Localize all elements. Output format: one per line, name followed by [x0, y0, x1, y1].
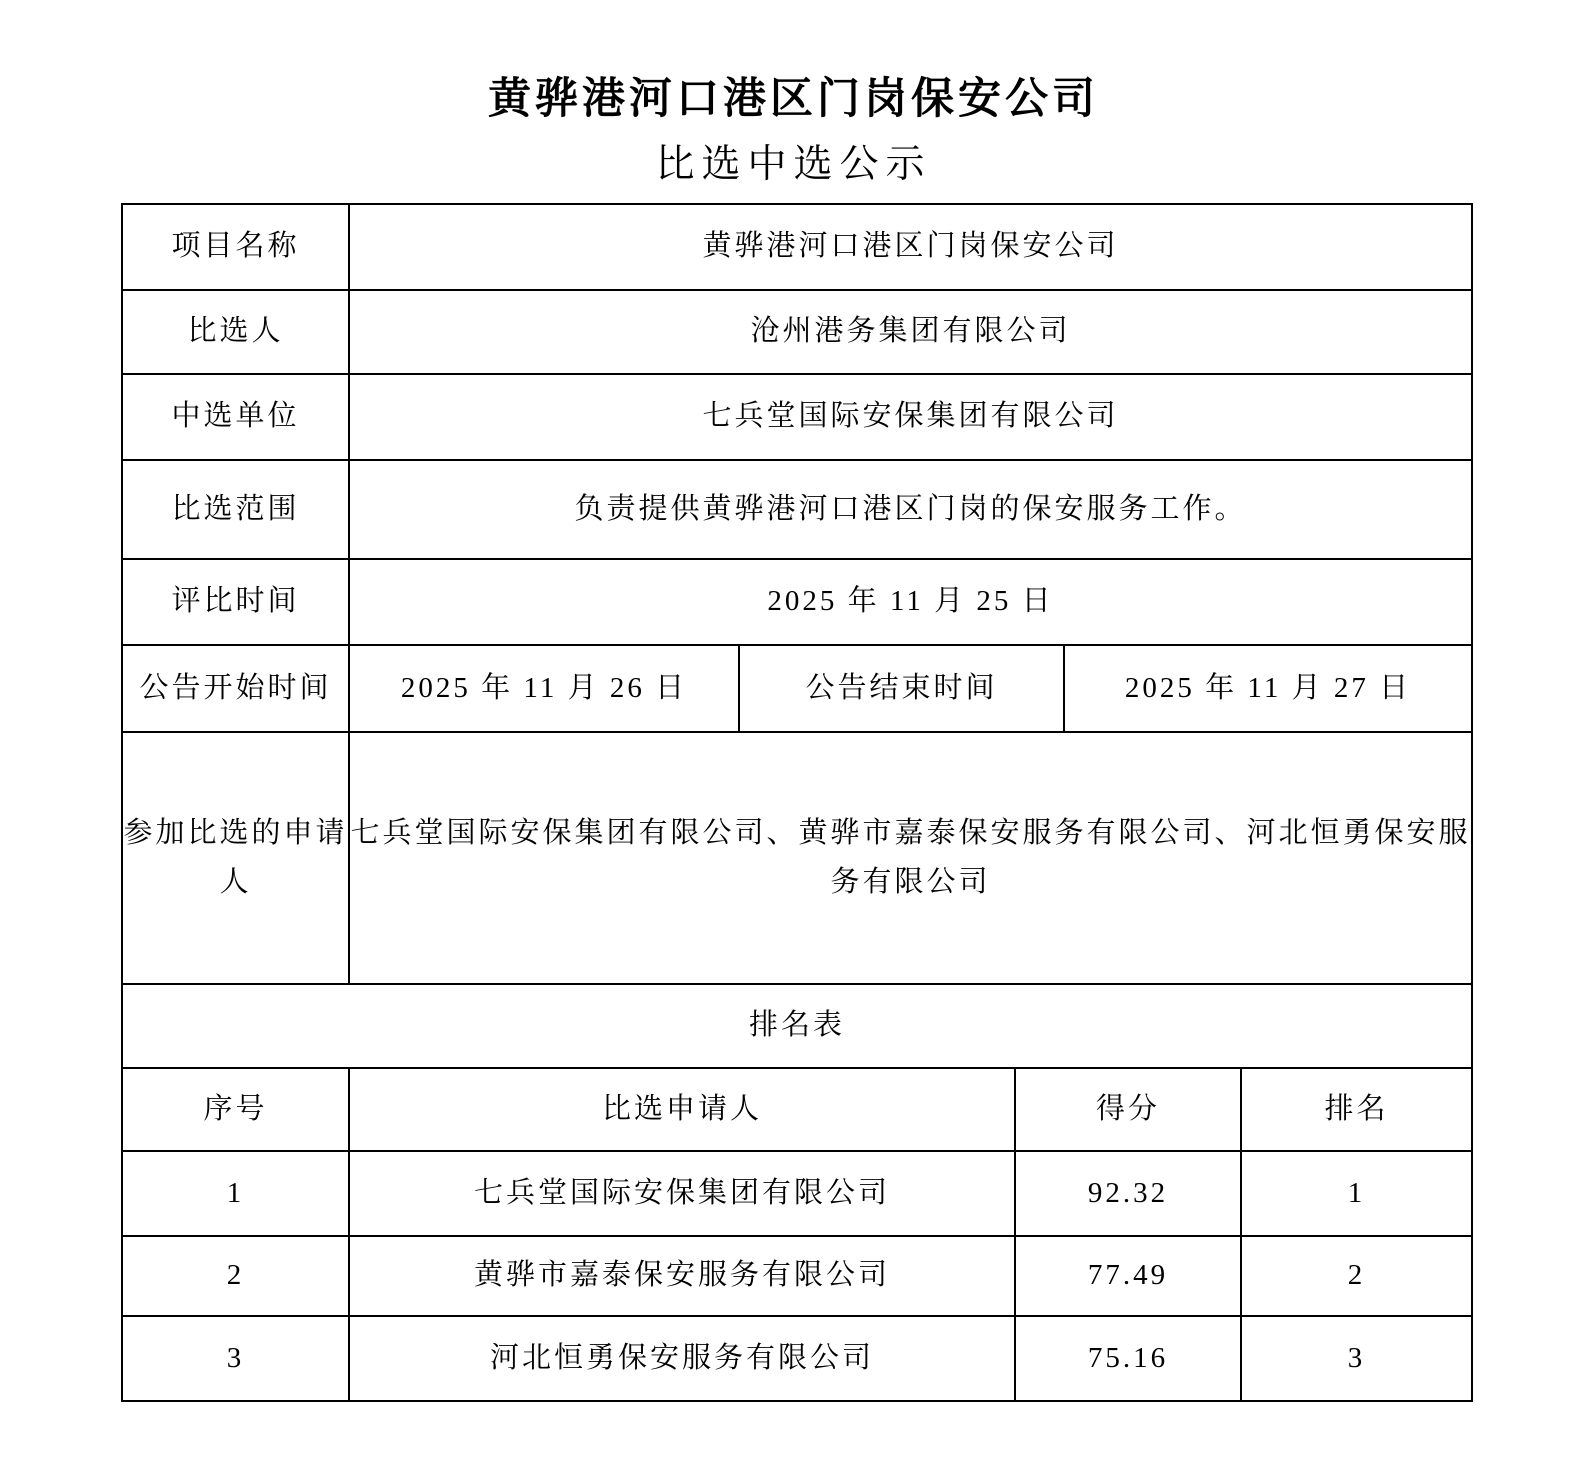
announcement-end-label: 公告结束时间	[739, 645, 1064, 732]
ranking-cell-score: 77.49	[1015, 1236, 1241, 1316]
ranking-header-score: 得分	[1015, 1068, 1241, 1151]
selector-value: 沧州港务集团有限公司	[349, 290, 1472, 374]
ranking-header-no: 序号	[122, 1068, 349, 1151]
evaluation-time-label: 评比时间	[122, 559, 349, 645]
table-row: 评比时间 2025 年 11 月 25 日	[122, 559, 1472, 645]
table-row: 中选单位 七兵堂国际安保集团有限公司	[122, 374, 1472, 460]
scope-label: 比选范围	[122, 460, 349, 559]
ranking-header-row: 序号 比选申请人 得分 排名	[122, 1068, 1472, 1151]
winner-value: 七兵堂国际安保集团有限公司	[349, 374, 1472, 460]
ranking-row: 2 黄骅市嘉泰保安服务有限公司 77.49 2	[122, 1236, 1472, 1316]
document-page: 黄骅港河口港区门岗保安公司 比选中选公示 项目名称 黄骅港河口港区门岗保安公司 …	[0, 0, 1587, 1482]
scope-value: 负责提供黄骅港河口港区门岗的保安服务工作。	[349, 460, 1472, 559]
announcement-start-label: 公告开始时间	[122, 645, 349, 732]
applicants-value: 七兵堂国际安保集团有限公司、黄骅市嘉泰保安服务有限公司、河北恒勇保安服务有限公司	[349, 732, 1472, 984]
selection-announcement-table: 项目名称 黄骅港河口港区门岗保安公司 比选人 沧州港务集团有限公司 中选单位 七…	[121, 203, 1473, 1402]
ranking-cell-no: 3	[122, 1316, 349, 1401]
table-row: 比选范围 负责提供黄骅港河口港区门岗的保安服务工作。	[122, 460, 1472, 559]
applicants-label: 参加比选的申请人	[122, 732, 349, 984]
ranking-cell-applicant: 河北恒勇保安服务有限公司	[349, 1316, 1015, 1401]
document-subtitle: 比选中选公示	[0, 145, 1587, 184]
table-row: 参加比选的申请人 七兵堂国际安保集团有限公司、黄骅市嘉泰保安服务有限公司、河北恒…	[122, 732, 1472, 984]
ranking-cell-applicant: 七兵堂国际安保集团有限公司	[349, 1151, 1015, 1236]
table-row: 排名表	[122, 984, 1472, 1068]
ranking-cell-rank: 1	[1241, 1151, 1472, 1236]
ranking-header-rank: 排名	[1241, 1068, 1472, 1151]
ranking-row: 3 河北恒勇保安服务有限公司 75.16 3	[122, 1316, 1472, 1401]
table-row: 项目名称 黄骅港河口港区门岗保安公司	[122, 204, 1472, 290]
document-title: 黄骅港河口港区门岗保安公司	[0, 0, 1587, 121]
ranking-cell-score: 92.32	[1015, 1151, 1241, 1236]
evaluation-time-value: 2025 年 11 月 25 日	[349, 559, 1472, 645]
table-row: 公告开始时间 2025 年 11 月 26 日 公告结束时间 2025 年 11…	[122, 645, 1472, 732]
project-name-label: 项目名称	[122, 204, 349, 290]
ranking-cell-rank: 3	[1241, 1316, 1472, 1401]
announcement-start-value: 2025 年 11 月 26 日	[349, 645, 739, 732]
announcement-end-value: 2025 年 11 月 27 日	[1064, 645, 1472, 732]
ranking-cell-score: 75.16	[1015, 1316, 1241, 1401]
table-row: 比选人 沧州港务集团有限公司	[122, 290, 1472, 374]
ranking-cell-no: 2	[122, 1236, 349, 1316]
ranking-section-title: 排名表	[122, 984, 1472, 1068]
ranking-cell-rank: 2	[1241, 1236, 1472, 1316]
ranking-row: 1 七兵堂国际安保集团有限公司 92.32 1	[122, 1151, 1472, 1236]
winner-label: 中选单位	[122, 374, 349, 460]
selector-label: 比选人	[122, 290, 349, 374]
ranking-cell-applicant: 黄骅市嘉泰保安服务有限公司	[349, 1236, 1015, 1316]
project-name-value: 黄骅港河口港区门岗保安公司	[349, 204, 1472, 290]
ranking-header-applicant: 比选申请人	[349, 1068, 1015, 1151]
ranking-cell-no: 1	[122, 1151, 349, 1236]
